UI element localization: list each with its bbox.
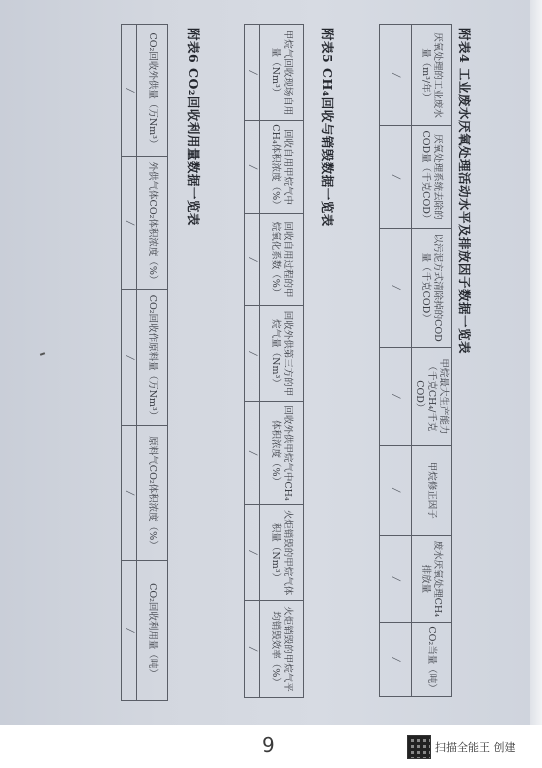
value-cell: / [380,347,412,445]
appendix-6-title: 附表6 CO₂回收利用量数据一览表 [185,28,203,226]
header-cell: 回收外供甲烷气中CH₄体积浓度（%） [260,402,304,505]
header-cell: 厌氧处理系统去除的COD量（千克COD） [412,126,452,228]
header-cell: 原料气CO₂体积浓度（%） [137,426,168,561]
table-header-row: 厌氧处理的工业废水量（m³/年） 厌氧处理系统去除的COD量（千克COD） 以污… [412,25,452,697]
value-cell: / [380,445,412,535]
value-cell: / [245,121,260,214]
table-row: / / / / / [122,25,137,701]
header-cell: 回收自用甲烷气中CH₄体积浓度（%） [260,121,304,214]
value-cell: / [245,306,260,402]
value-cell: / [380,228,412,347]
header-cell: 回收外供第三方的甲烷气量（Nm³） [260,306,304,402]
header-cell: 火炬销毁的甲烷气平均销毁效率（%） [260,601,304,698]
header-cell: 甲烷修正因子 [412,445,452,535]
header-cell: 回收自用过程的甲烷氧化系数（%） [260,214,304,306]
value-cell: / [380,25,412,126]
appendix-5-table: 甲烷气回收现场自用量（Nm³） 回收自用甲烷气中CH₄体积浓度（%） 回收自用过… [244,24,304,698]
watermark-text: 扫描全能王 创建 [435,739,516,755]
appendix-4-title: 附表4 工业废水厌氧处理活动水平及排放因子数据一览表 [456,28,474,354]
header-cell: CO₂回收利用量（吨） [137,561,168,701]
header-cell: 以污泥方式清除掉的COD量（千克COD） [412,228,452,347]
header-cell: 甲烷气回收现场自用量（Nm³） [260,25,304,121]
header-cell: 外供气体CO₂体积浓度（%） [137,157,168,290]
header-cell: CO₂当量（吨） [412,623,452,697]
value-cell: / [380,623,412,697]
scanned-page: 附表4 工业废水厌氧处理活动水平及排放因子数据一览表 厌氧处理的工业废水量（m³… [0,0,532,725]
header-cell: 甲烷最大生产能力（千克CH₄/千克COD） [412,347,452,445]
qr-code-icon [407,735,431,759]
value-cell: / [245,214,260,306]
table-header-row: CO₂回收外供量（万Nm³） 外供气体CO₂体积浓度（%） CO₂回收作原料量（… [137,25,168,701]
value-cell: / [380,126,412,228]
value-cell: / [380,535,412,623]
value-cell: / [122,290,137,426]
appendix-6-table: CO₂回收外供量（万Nm³） 外供气体CO₂体积浓度（%） CO₂回收作原料量（… [121,24,168,701]
scanner-watermark: 扫描全能王 创建 [407,735,516,759]
value-cell: / [122,157,137,290]
header-cell: CO₂回收外供量（万Nm³） [137,25,168,157]
rotated-page-content: 附表4 工业废水厌氧处理活动水平及排放因子数据一览表 厌氧处理的工业废水量（m³… [0,0,532,725]
value-cell: / [245,402,260,505]
value-cell: / [122,561,137,701]
table-row: / / / / / / / [245,25,260,698]
header-cell: 火炬销毁的甲烷气体积量（Nm³） [260,505,304,601]
value-cell: / [245,25,260,121]
page-number: 9 [262,733,275,757]
scan-edge [530,0,542,725]
value-cell: / [122,426,137,561]
table-row: / / / / / / / [380,25,412,697]
header-cell: 废水厌氧处理CH₄排放量 [412,535,452,623]
value-cell: / [245,601,260,698]
value-cell: / [122,25,137,157]
header-cell: CO₂回收作原料量（万Nm³） [137,290,168,426]
header-cell: 厌氧处理的工业废水量（m³/年） [412,25,452,126]
appendix-5-title: 附表5 CH₄回收与销毁数据一览表 [319,28,337,227]
table-header-row: 甲烷气回收现场自用量（Nm³） 回收自用甲烷气中CH₄体积浓度（%） 回收自用过… [260,25,304,698]
value-cell: / [245,505,260,601]
appendix-4-table: 厌氧处理的工业废水量（m³/年） 厌氧处理系统去除的COD量（千克COD） 以污… [379,24,452,697]
